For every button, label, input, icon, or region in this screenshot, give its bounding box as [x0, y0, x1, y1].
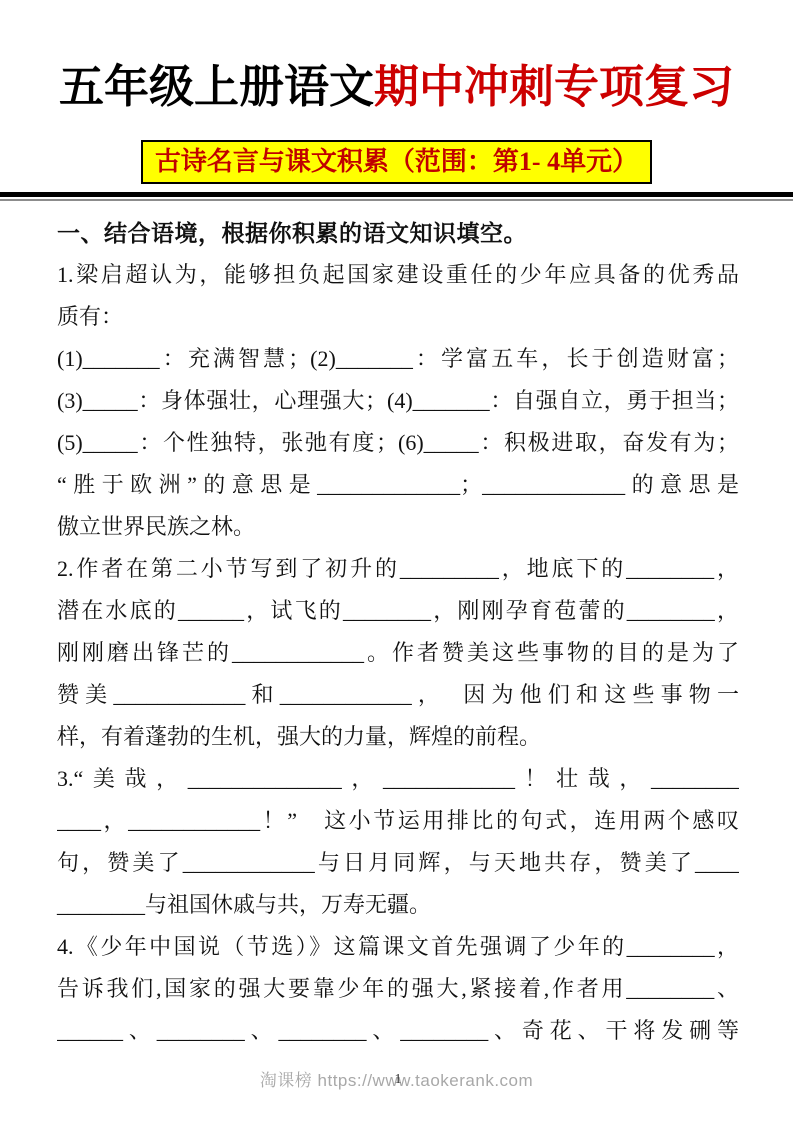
text-line: ________与祖国休戚与共，万寿无疆。 — [57, 884, 739, 926]
text-line: (3)_____：身体强壮，心理强大；(4)_______：自强自立，勇于担当； — [57, 380, 739, 422]
text-line: 句，赞美了____________与日月同辉，与天地共存，赞美了____ — [57, 842, 739, 884]
text-line: 样，有着蓬勃的生机，强大的力量，辉煌的前程。 — [57, 716, 739, 758]
text-line: (5)_____：个性独特，张弛有度；(6)_____：积极进取，奋发有为； — [57, 422, 739, 464]
text-line: 2.作者在第二小节写到了初升的_________，地底下的________， — [57, 548, 739, 590]
text-line: 3.“美哉，______________，____________！壮哉，___… — [57, 758, 739, 800]
text-line: 1.梁启超认为，能够担负起国家建设重任的少年应具备的优秀品 — [57, 254, 739, 296]
question-section: 一、结合语境，根据你积累的语文知识填空。 1.梁启超认为，能够担负起国家建设重任… — [57, 212, 739, 1052]
text-line: ____，____________！” 这小节运用排比的句式，连用两个感叹 — [57, 800, 739, 842]
text-line: 傲立世界民族之林。 — [57, 506, 739, 548]
text-line: ______、________、________、________、奇花、干将发… — [57, 1010, 739, 1052]
worksheet-page: 五年级上册语文期中冲刺专项复习 古诗名言与课文积累（范围：第1- 4单元） 一、… — [0, 0, 793, 1122]
text-line: 告诉我们,国家的强大要靠少年的强大,紧接着,作者用________、 — [57, 968, 739, 1010]
header-divider-thick — [0, 192, 793, 197]
text-line: 刚刚磨出锋芒的____________。作者赞美这些事物的目的是为了 — [57, 632, 739, 674]
title-grade-part: 五年级上册语文 — [59, 62, 374, 112]
section-heading: 一、结合语境，根据你积累的语文知识填空。 — [57, 212, 739, 254]
text-line: 潜在水底的______，试飞的________，刚刚孕育苞蕾的________， — [57, 590, 739, 632]
text-line: (1)_______：充满智慧；(2)_______：学富五车，长于创造财富； — [57, 338, 739, 380]
text-line: 4.《少年中国说（节选）》这篇课文首先强调了少年的________， — [57, 926, 739, 968]
text-line: 质有： — [57, 296, 739, 338]
text-line: “胜于欧洲”的意思是_____________；_____________的意思… — [57, 464, 739, 506]
text-line: 赞美____________和____________， 因为他们和这些事物一 — [57, 674, 739, 716]
header-divider-thin — [0, 199, 793, 201]
subtitle-banner: 古诗名言与课文积累（范围：第1- 4单元） — [141, 140, 652, 184]
page-title: 五年级上册语文期中冲刺专项复习 — [0, 56, 793, 118]
subtitle-row: 古诗名言与课文积累（范围：第1- 4单元） — [0, 140, 793, 184]
page-number: 1 — [392, 1072, 404, 1088]
title-exam-part: 期中冲刺专项复习 — [374, 62, 734, 112]
